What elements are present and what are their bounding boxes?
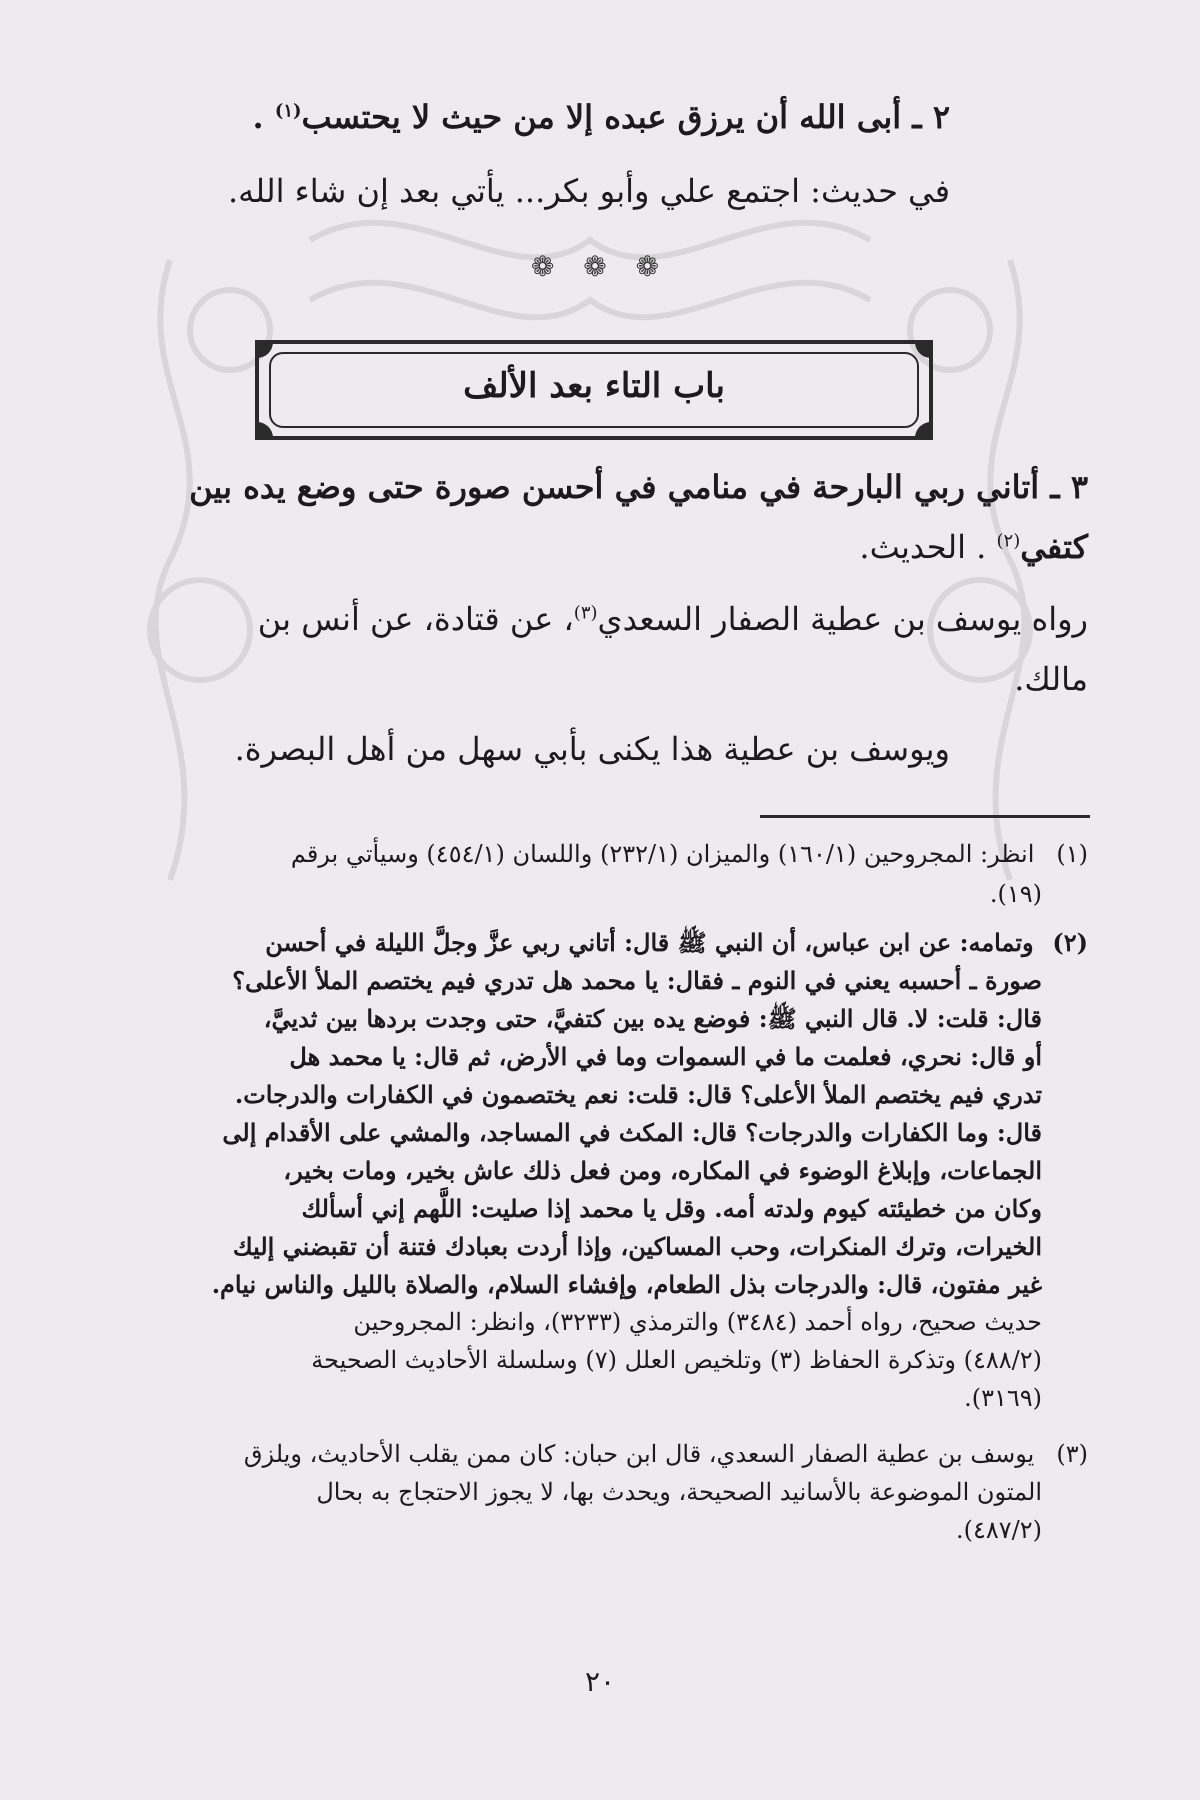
footnote-ref-2[interactable]: (٢) [997, 530, 1021, 551]
footnote-3-line-3: (٤٨٧/٢). [110, 1516, 1042, 1544]
footnote-2-line-2: صورة ـ أحسبه يعني في النوم ـ فقال: يا مح… [110, 966, 1042, 995]
footnote-1-line-1: (١) انظر: المجروحين (١٦٠/١) والميزان (٢٣… [110, 840, 1088, 868]
frame-corner-ornament [257, 342, 273, 358]
footnote-2-line-8: وكان من خطيئته كيوم ولدته أمه. وقل يا مح… [110, 1194, 1042, 1223]
chapter-title-frame: باب التاء بعد الألف [255, 340, 933, 440]
entry-2-end: . [253, 98, 264, 136]
frame-corner-ornament [915, 342, 931, 358]
footnote-ref-3[interactable]: (٣) [574, 602, 598, 623]
entry-2-note: في حديث: اجتمع علي وأبو بكر... يأتي بعد … [110, 172, 950, 210]
entry-3-line-1: ٣ ـ أتاني ربي البارحة في منامي في أحسن ص… [110, 468, 1088, 506]
footnote-ref-1[interactable]: (١) [275, 100, 302, 121]
frame-corner-ornament [257, 422, 273, 438]
entry-2-headline: ٢ ـ أبى الله أن يرزق عبده إلا من حيث لا … [110, 98, 950, 136]
narration-line-1: رواه يوسف بن عطية الصفار السعدي(٣)، عن ق… [110, 600, 1088, 638]
page-number: ٢٠ [0, 1665, 1200, 1698]
footnote-text: وتمامه: عن ابن عباس، أن النبي ﷺ قال: أتا… [265, 928, 1033, 957]
footnote-2-line-5: تدري فيم يختصم الملأ الأعلى؟ قال: قلت: ن… [110, 1080, 1042, 1109]
book-page: ٢ ـ أبى الله أن يرزق عبده إلا من حيث لا … [0, 0, 1200, 1800]
footnote-2-number: (٢) [1042, 928, 1088, 957]
frame-corner-ornament [915, 422, 931, 438]
chapter-title: باب التاء بعد الألف [259, 366, 929, 406]
footnote-3-line-2: المتون الموضوعة بالأسانيد الصحيحة، ويحدث… [110, 1478, 1042, 1506]
footnote-separator-rule [760, 815, 1090, 818]
footnote-2-line-9: الخيرات، وترك المنكرات، وحب المساكين، وإ… [110, 1232, 1042, 1261]
footnote-3-line-1: (٣) يوسف بن عطية الصفار السعدي، قال ابن … [110, 1440, 1088, 1468]
footnote-2-line-12: (٤٨٨/٢) وتذكرة الحفاظ (٣) وتلخيص العلل (… [110, 1346, 1042, 1374]
footnote-2-line-7: الجماعات، وإبلاغ الوضوء في المكاره، ومن … [110, 1156, 1042, 1185]
section-separator-flowers: ❁ ❁ ❁ [0, 250, 1200, 283]
footnote-2-line-4: أو قال: نحري، فعلمت ما في السموات وما في… [110, 1042, 1042, 1071]
entry-3-bold-word: كتفي [1020, 528, 1088, 566]
footnote-2-line-6: قال: وما الكفارات والدرجات؟ قال: المكث ف… [110, 1118, 1042, 1147]
narration-text-a: رواه يوسف بن عطية الصفار السعدي [598, 600, 1088, 638]
footnote-2-line-3: قال: قلت: لا. قال النبي ﷺ: فوضع يده بين … [110, 1004, 1042, 1039]
narration-text-b: ، عن قتادة، عن أنس بن [258, 600, 574, 638]
footnote-text: انظر: المجروحين (١٦٠/١) والميزان (٢٣٢/١)… [291, 840, 1035, 868]
footnote-3-number: (٣) [1042, 1440, 1088, 1468]
footnote-1-number: (١) [1042, 840, 1088, 868]
remark-line: ويوسف بن عطية هذا يكنى بأبي سهل من أهل ا… [110, 730, 950, 768]
entry-3-line-2: كتفي(٢) . الحديث. [110, 528, 1088, 566]
footnote-2-line-1: (٢) وتمامه: عن ابن عباس، أن النبي ﷺ قال:… [110, 928, 1088, 963]
footnote-2-line-11: حديث صحيح، رواه أحمد (٣٤٨٤) والترمذي (٣٢… [110, 1308, 1042, 1336]
entry-3-rest: . الحديث. [859, 528, 986, 566]
footnote-text: يوسف بن عطية الصفار السعدي، قال ابن حبان… [244, 1440, 1034, 1468]
footnote-2-line-13: (٣١٦٩). [110, 1384, 1042, 1412]
entry-2-number: ٢ ـ [912, 98, 950, 136]
entry-2-text: أبى الله أن يرزق عبده إلا من حيث لا يحتس… [302, 98, 902, 136]
footnote-2-line-10: غير مفتون، قال: والدرجات بذل الطعام، وإف… [110, 1270, 1042, 1299]
footnote-1-line-2: (١٩). [110, 880, 1042, 908]
narration-line-2: مالك. [110, 660, 1088, 698]
